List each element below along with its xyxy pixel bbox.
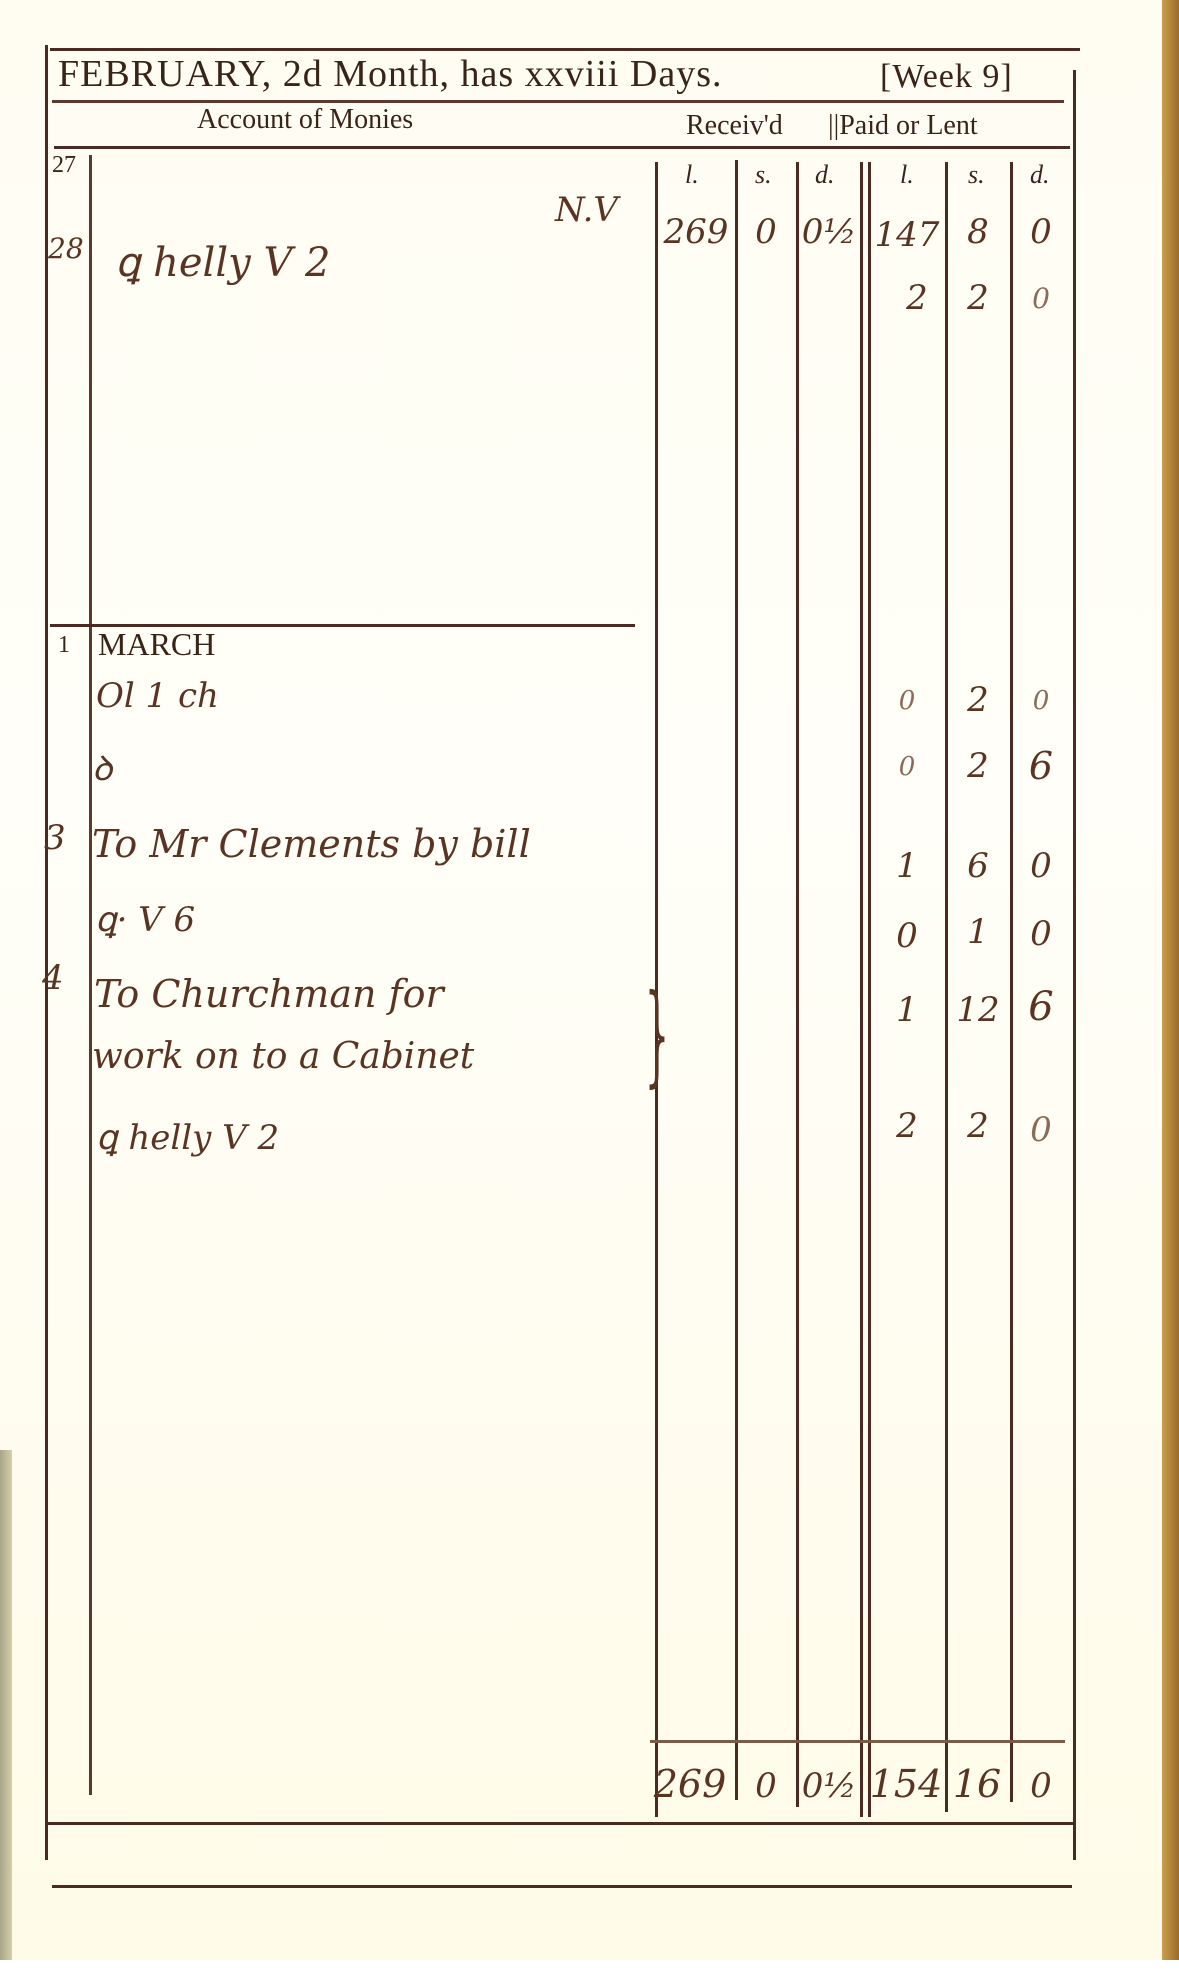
page-lower-rule	[52, 1885, 1072, 1888]
received-d-rule	[796, 162, 799, 1807]
paid-pounds: 0	[870, 752, 944, 782]
paid-pounds: 147	[870, 215, 944, 255]
date-column-rule	[89, 155, 92, 1795]
received-pounds-header: l.	[685, 160, 699, 190]
paid-pence: 6	[1012, 744, 1070, 788]
paid-pence: 0	[1012, 686, 1070, 716]
paid-pounds-header: l.	[900, 160, 914, 190]
total-received-pounds: 269	[645, 1762, 735, 1806]
paid-shillings: 6	[948, 846, 1008, 886]
paid-shillings-header: s.	[968, 160, 985, 190]
paid-shillings: 2	[948, 680, 1008, 720]
total-received-shillings: 0	[738, 1766, 794, 1806]
paid-pounds: 0	[870, 916, 944, 956]
received-pence-header: d.	[815, 160, 835, 190]
paid-double-rule-a	[860, 162, 863, 1817]
title-bottom-rule	[52, 100, 1064, 103]
entry-description: ꝗ helly V 2	[115, 240, 331, 286]
received-shillings-header: s.	[755, 160, 772, 190]
paid-s-rule	[945, 162, 948, 1812]
week-label: [Week 9]	[880, 58, 1013, 96]
entry-description: To Mr Clements by bill	[92, 822, 531, 866]
total-paid-shillings: 16	[945, 1762, 1009, 1806]
paid-shillings: 2	[948, 278, 1008, 318]
paid-pence: 0	[1012, 914, 1070, 954]
paid-pounds: 1	[870, 846, 944, 886]
book-binding-right-edge	[1162, 0, 1179, 1975]
paid-pence: 0	[1012, 212, 1070, 252]
paid-pence: 0	[1012, 282, 1070, 315]
totals-sum-rule	[650, 1740, 1065, 1743]
entry-description: Ol 1 ch	[96, 676, 219, 716]
paid-or-lent-label: ||Paid or Lent	[828, 110, 978, 142]
subheader-bottom-rule	[54, 146, 1070, 149]
total-paid-pence: 0	[1012, 1766, 1070, 1806]
paid-shillings: 1	[948, 912, 1008, 952]
day-27: 27	[52, 152, 76, 179]
received-shillings: 0	[738, 212, 794, 252]
received-label: Receiv'd	[686, 110, 783, 142]
received-pence: 0½	[798, 212, 860, 252]
entry-description-line-1: To Churchman for	[94, 972, 444, 1016]
page-title: FEBRUARY, 2d Month, has xxviii Days.	[58, 52, 722, 96]
march-label: MARCH	[98, 626, 215, 663]
background-below-page	[0, 1960, 1179, 1987]
paid-shillings: 2	[948, 1106, 1008, 1146]
day-3: 3	[44, 818, 66, 858]
ledger-page: FEBRUARY, 2d Month, has xxviii Days. [We…	[0, 0, 1162, 1975]
entry-brace: }	[645, 970, 670, 1098]
day-4: 4	[42, 958, 64, 998]
page-bottom-rule	[48, 1822, 1073, 1825]
account-of-monies-label: Account of Monies	[197, 104, 413, 136]
paid-pounds: 0	[870, 686, 944, 716]
paid-shillings: 8	[948, 212, 1008, 252]
outer-right-rule	[1073, 70, 1076, 1860]
paid-pence: 0	[1012, 1110, 1070, 1150]
day-1: 1	[58, 632, 70, 659]
entry-description: ꝗ helly V 2	[96, 1118, 279, 1158]
day-28: 28	[48, 232, 84, 265]
entry-description: ꝗ· V 6	[95, 900, 195, 940]
paid-pence: 6	[1012, 984, 1070, 1030]
paid-pence: 0	[1012, 846, 1070, 886]
paid-d-rule	[1010, 162, 1013, 1802]
total-received-pence: 0½	[798, 1766, 860, 1806]
received-pounds: 269	[658, 212, 734, 252]
entry-marker: N.V	[555, 190, 618, 230]
entry-description-line-2: work on to a Cabinet	[92, 1036, 474, 1077]
book-binding-left-edge	[0, 1450, 12, 1970]
paid-pounds: 2	[880, 278, 954, 318]
paid-pounds: 1	[870, 990, 944, 1030]
paid-pounds: 2	[870, 1106, 944, 1146]
entry-description: ꝺ	[92, 744, 112, 790]
received-s-rule	[735, 160, 738, 1800]
outer-left-rule	[45, 45, 48, 1860]
paid-shillings: 2	[948, 746, 1008, 786]
paid-pence-header: d.	[1030, 160, 1050, 190]
total-paid-pounds: 154	[866, 1762, 946, 1806]
paid-shillings: 12	[948, 990, 1008, 1030]
title-top-rule	[50, 48, 1080, 51]
